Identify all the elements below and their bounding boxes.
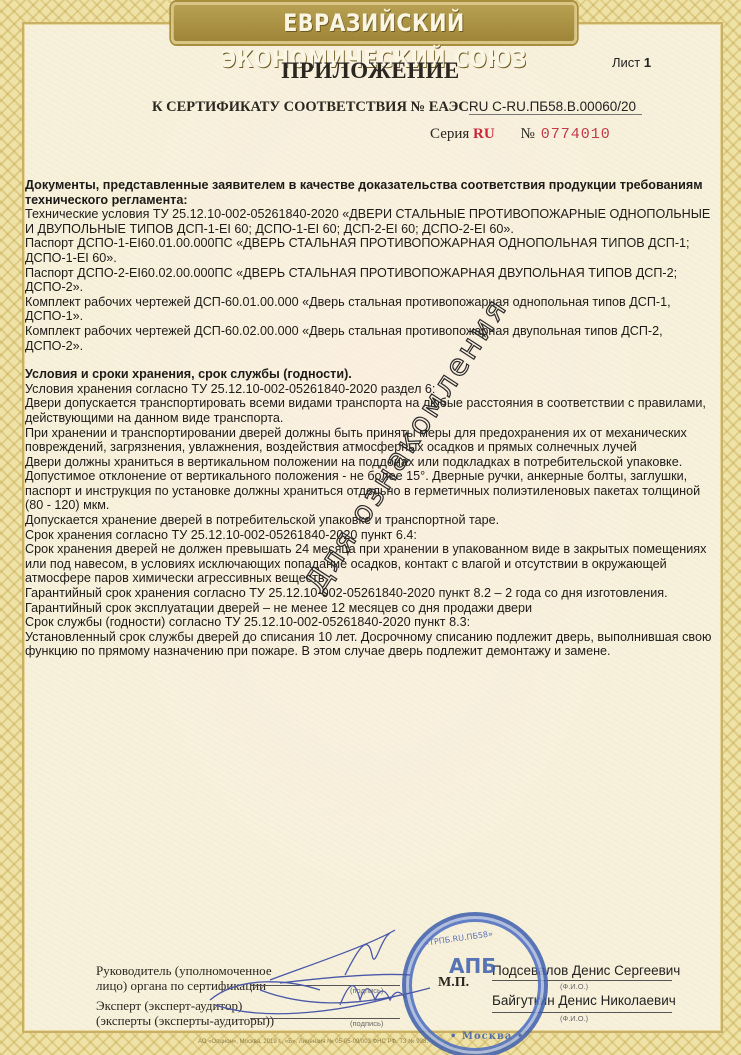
series-line: Серия RU №0774010 [430, 126, 611, 143]
sheet-label: Лист [612, 55, 640, 70]
seal-city: • Москва • [450, 1031, 524, 1042]
document-line: Комплект рабочих чертежей ДСП-60.01.00.0… [25, 295, 715, 324]
section-heading-documents: Документы, представленные заявителем в к… [25, 178, 715, 207]
storage-line: Срок хранения согласно ТУ 25.12.10-002-0… [25, 528, 715, 543]
expert-label-line-1: Эксперт (эксперт-аудитор) [96, 998, 274, 1013]
storage-line: Допускается хранение дверей в потребител… [25, 513, 715, 528]
storage-line: Установленный срок службы дверей до спис… [25, 630, 715, 659]
certificate-number: RU C-RU.ПБ58.В.00060/20 [469, 99, 642, 115]
expert-signature-caption: (подпись) [350, 1019, 383, 1028]
document-body: Документы, представленные заявителем в к… [25, 178, 715, 659]
storage-line: Гарантийный срок хранения согласно ТУ 25… [25, 586, 715, 601]
storage-line: При хранении и транспортировании дверей … [25, 426, 715, 455]
certificate-page: ЕВРАЗИЙСКИЙ ЭКОНОМИЧЕСКИЙ СОЮЗ ПРИЛОЖЕНИ… [0, 0, 741, 1055]
head-of-body-label: Руководитель (уполномоченное лицо) орган… [96, 963, 272, 993]
sheet-number: Лист 1 [612, 55, 651, 70]
head-signature-caption: (подпись) [350, 986, 383, 995]
storage-line: Условия хранения согласно ТУ 25.12.10-00… [25, 382, 715, 397]
document-line: Паспорт ДСПО-2-EI60.02.00.000ПС «ДВЕРЬ С… [25, 266, 715, 295]
storage-line: Двери допускается транспортировать всеми… [25, 396, 715, 425]
form-number: 0774010 [541, 126, 611, 143]
expert-label-line-2: (эксперты (эксперты-аудиторы)) [96, 1013, 274, 1028]
storage-line: Срок службы (годности) согласно ТУ 25.12… [25, 615, 715, 630]
series-value: RU [473, 126, 495, 142]
head-label-line-1: Руководитель (уполномоченное [96, 963, 272, 978]
section-heading-storage: Условия и сроки хранения, срок службы (г… [25, 367, 715, 382]
document-line: Паспорт ДСПО-1-EI60.01.00.000ПС «ДВЕРЬ С… [25, 236, 715, 265]
expert-fio-caption: (Ф.И.О.) [560, 1014, 588, 1023]
number-label: № [520, 126, 534, 142]
storage-line: Двери должны храниться в вертикальном по… [25, 455, 715, 513]
certificate-reference: К СЕРТИФИКАТУ СООТВЕТСТВИЯ № ЕАЭСRU C-RU… [152, 99, 642, 116]
certificate-prefix: К СЕРТИФИКАТУ СООТВЕТСТВИЯ № ЕАЭС [152, 99, 469, 115]
series-label: Серия [430, 126, 469, 142]
union-banner: ЕВРАЗИЙСКИЙ ЭКОНОМИЧЕСКИЙ СОЮЗ [171, 2, 577, 44]
head-fio-caption: (Ф.И.О.) [560, 982, 588, 991]
document-line: Комплект рабочих чертежей ДСП-60.02.00.0… [25, 324, 715, 353]
sheet-value: 1 [644, 55, 651, 70]
storage-line: Срок хранения дверей не должен превышать… [25, 542, 715, 586]
printer-imprint: АО «Опцион», Москва, 2019 г., «Б». Лицен… [198, 1039, 428, 1045]
seal-logo: АПБ [449, 954, 496, 978]
storage-line: Гарантийный срок эксплуатации дверей – н… [25, 601, 715, 616]
seal-registry-text: «ТРПБ.RU.ПБ58» [424, 929, 494, 948]
document-line: Технические условия ТУ 25.12.10-002-0526… [25, 207, 715, 236]
head-label-line-2: лицо) органа по сертификации [96, 978, 272, 993]
expert-label: Эксперт (эксперт-аудитор) (эксперты (экс… [96, 998, 274, 1028]
official-seal: «ТРПБ.RU.ПБ58» АПБ • Москва • [402, 912, 548, 1055]
